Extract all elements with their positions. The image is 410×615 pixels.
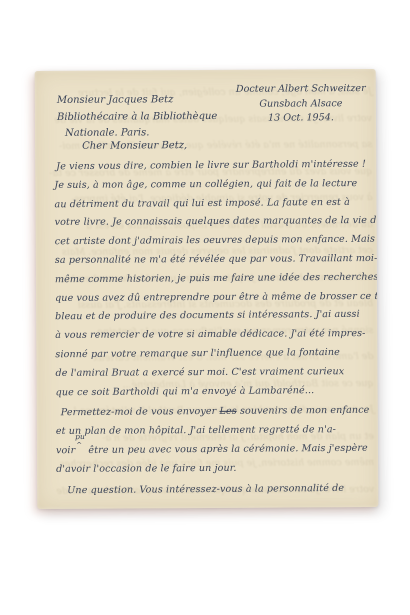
letter-line: Je viens vous dire, combien le livre sur… [54, 156, 368, 177]
inserted-word: pu [75, 433, 85, 440]
sender-place-line: Gunsbach Alsace [233, 97, 369, 112]
letter-line: votre livre. Je connaissais quelques dat… [55, 212, 369, 233]
paragraph: Permettez-moi de vous envoyer Les souven… [56, 402, 370, 479]
line-text: être un peu avec vous après la cérémonie… [85, 443, 368, 456]
recipient-line: Monsieur Jacques Betz [57, 92, 217, 109]
paragraph: Je viens vous dire, combien le livre sur… [54, 156, 369, 402]
paragraph: Une question. Vous intéressez-vous à la … [56, 480, 370, 501]
letter-line: sionné par votre remarque sur l'influenc… [55, 344, 369, 365]
letter-page: Je suis, à mon âge, comme un collégien, … [35, 69, 379, 509]
letter-line: sa personnalité ne m'a été révélée que p… [55, 250, 369, 271]
interlinear-insertion: ^pu [75, 443, 85, 453]
letter-line: à vous remercier de votre si aimable déd… [55, 325, 369, 346]
caret-mark: ^ [76, 442, 82, 449]
letter-line: d'avoir l'occasion de le faire un jour. [56, 459, 370, 480]
letter-line: Une question. Vous intéressez-vous à la … [56, 479, 370, 500]
sender-name-line: Docteur Albert Schweitzer [233, 82, 369, 97]
line-text: voir [56, 445, 75, 456]
letter-line: cet artiste dont j'admirais les oeuvres … [55, 231, 369, 252]
recipient-address-block: Monsieur Jacques Betz Bibliothécaire à l… [57, 92, 218, 142]
photo-background: Je suis, à mon âge, comme un collégien, … [0, 0, 410, 615]
sender-address-block: Docteur Albert Schweitzer Gunsbach Alsac… [233, 82, 369, 126]
letter-line: même comme historien, je puis me faire u… [55, 268, 369, 289]
line-text: Permettez-moi de vous envoyer [61, 406, 220, 418]
line-text: souvenirs de mon enfance [237, 405, 370, 417]
recipient-line: Bibliothécaire à la Bibliothèque [57, 108, 217, 125]
letter-line: et un plan de mon hôpital. J'ai tellemen… [56, 421, 370, 442]
salutation: Cher Monsieur Betz, [82, 140, 187, 152]
letter-line: voir^pu être un peu avec vous après la c… [56, 440, 370, 461]
letter-line: de l'amiral Bruat a exercé sur moi. C'es… [55, 363, 369, 384]
letter-body: Je viens vous dire, combien le livre sur… [54, 156, 370, 500]
letter-line: au détriment du travail qui lui est impo… [54, 193, 368, 214]
letter-line: Permettez-moi de vous envoyer Les souven… [56, 402, 370, 423]
struck-word: Les [219, 406, 236, 417]
letter-date: 13 Oct. 1954. [233, 111, 369, 126]
letter-line: bleau et de produire des documents si in… [55, 306, 369, 327]
letter-line: que ce soit Bartholdi qui m'a envoyé à L… [56, 381, 370, 402]
letter-line: Je suis, à mon âge, comme un collégien, … [54, 175, 368, 196]
